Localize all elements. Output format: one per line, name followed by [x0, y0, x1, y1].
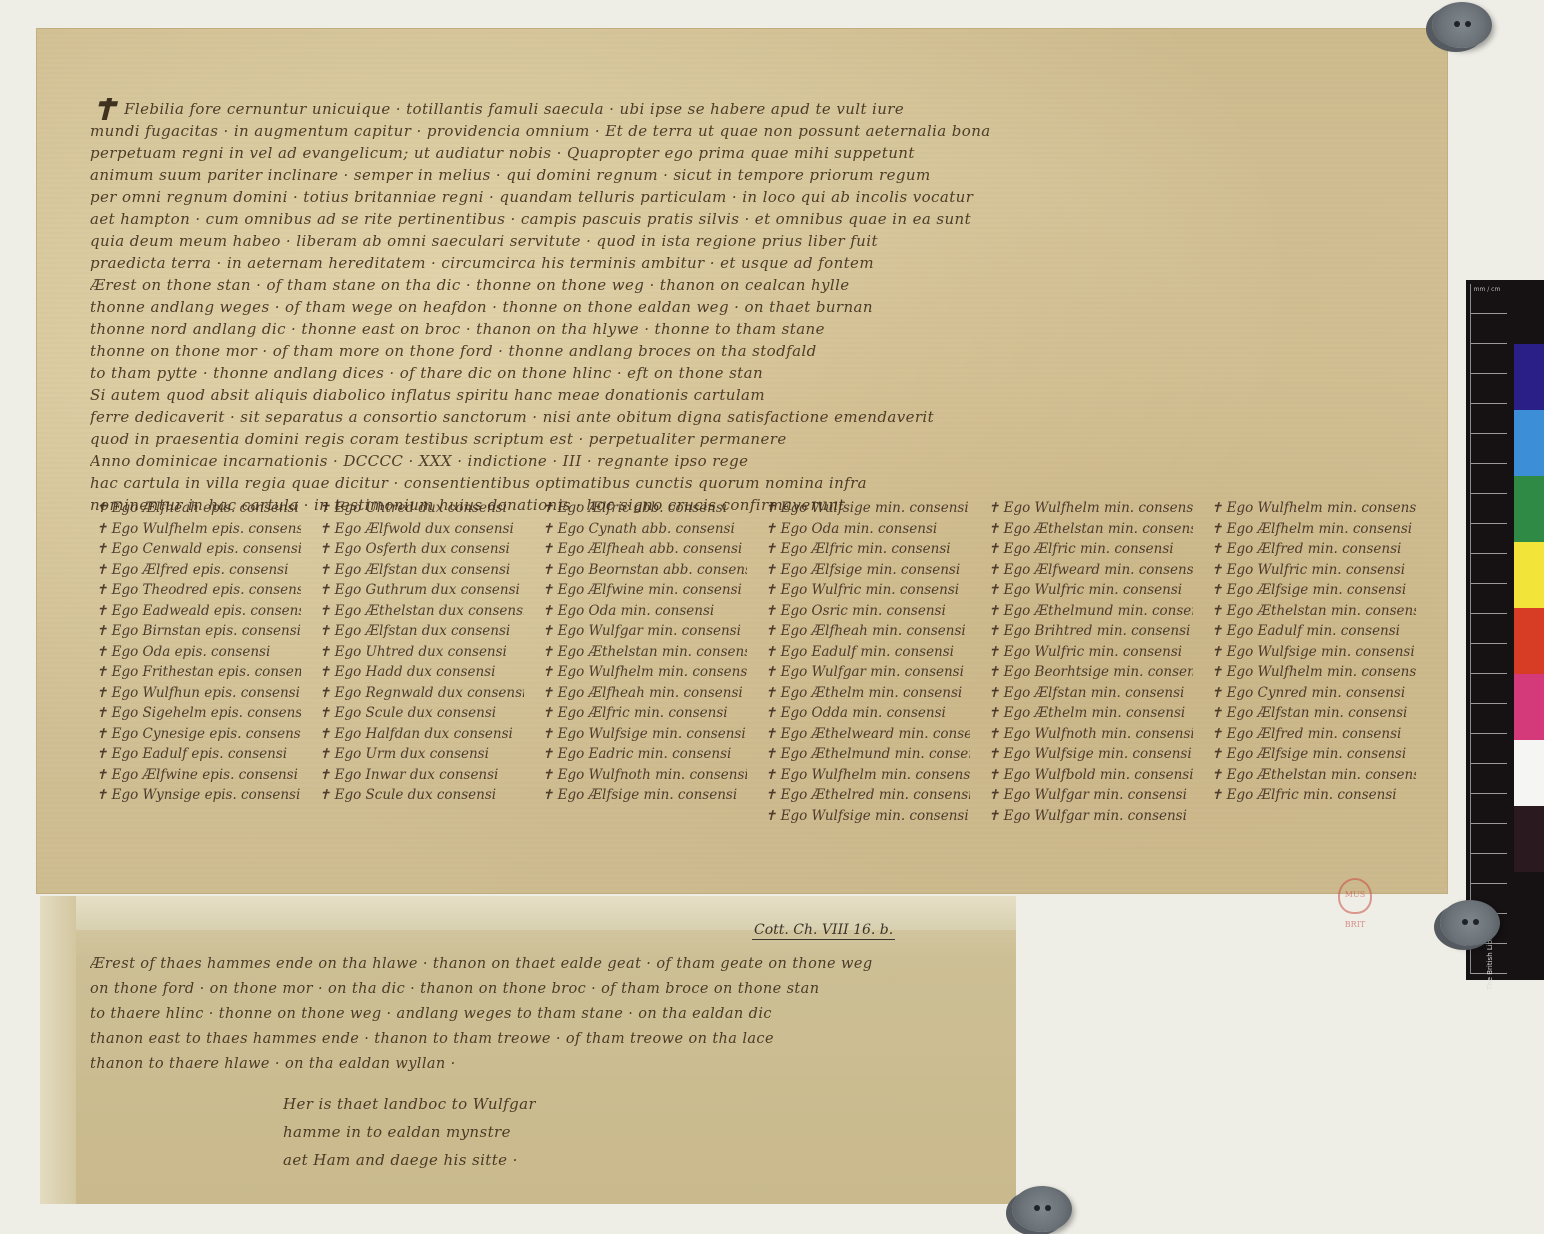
witness-entry: ✝ Ego Wulfric min. consensi	[1211, 560, 1416, 581]
text-line: praedicta terra · in aeternam hereditate…	[90, 252, 1420, 274]
witness-list: ✝ Ego Ælfheah epis. consensi✝ Ego Wulfhe…	[96, 498, 1416, 858]
witness-entry: ✝ Ego Osric min. consensi	[765, 601, 970, 622]
text-line: per omni regnum domini · totius britanni…	[90, 186, 1420, 208]
witness-entry: ✝ Ego Wulfgar min. consensi	[988, 806, 1193, 827]
witness-column-3: ✝ Ego Ælfric abb. consensi✝ Ego Cynath a…	[542, 498, 747, 858]
witness-entry: ✝ Ego Wulfsige min. consensi	[542, 724, 747, 745]
witness-entry: ✝ Ego Wulfhelm min. consensi	[988, 498, 1193, 519]
text-line: thanon east to thaes hammes ende · thano…	[90, 1027, 990, 1052]
witness-entry: ✝ Ego Æthelstan min. consensi	[1211, 601, 1416, 622]
witness-entry: ✝ Ego Ælfheah epis. consensi	[96, 498, 301, 519]
witness-entry: ✝ Ego Ælfstan min. consensi	[1211, 703, 1416, 724]
witness-entry: ✝ Ego Æthelstan min. consensi	[988, 519, 1193, 540]
witness-entry: ✝ Ego Wulfsige min. consensi	[988, 744, 1193, 765]
witness-entry: ✝ Ego Ælfweard min. consensi	[988, 560, 1193, 581]
witness-entry: ✝ Ego Ælfheah min. consensi	[765, 621, 970, 642]
witness-entry: ✝ Ego Wulfhelm min. consensi	[1211, 498, 1416, 519]
witness-entry: ✝ Ego Urm dux consensi	[319, 744, 524, 765]
witness-entry: ✝ Ego Wulfnoth min. consensi	[988, 724, 1193, 745]
witness-column-4: ✝ Ego Wulfsige min. consensi✝ Ego Oda mi…	[765, 498, 970, 858]
witness-entry: ✝ Ego Cenwald epis. consensi	[96, 539, 301, 560]
witness-entry: ✝ Ego Wulfsige min. consensi	[1211, 642, 1416, 663]
witness-entry: ✝ Ego Ælfric min. consensi	[542, 703, 747, 724]
text-line: hac cartula in villa regia quae dicitur …	[90, 472, 1420, 494]
witness-entry: ✝ Ego Ælfwine min. consensi	[542, 580, 747, 601]
witness-column-5: ✝ Ego Wulfhelm min. consensi✝ Ego Æthels…	[988, 498, 1193, 858]
swatch-blue	[1514, 344, 1544, 410]
witness-entry: ✝ Ego Cynath abb. consensi	[542, 519, 747, 540]
witness-entry: ✝ Ego Eadulf epis. consensi	[96, 744, 301, 765]
measurement-ruler	[1470, 284, 1507, 974]
decorated-cross-initial: ✝	[90, 98, 119, 120]
witness-entry: ✝ Ego Wulfsige min. consensi	[765, 498, 970, 519]
text-line: mundi fugacitas · in augmentum capitur ·…	[90, 120, 1420, 142]
ruler-label: mm / cm	[1472, 286, 1502, 293]
swatch-green	[1514, 476, 1544, 542]
witness-entry: ✝ Ego Æthelm min. consensi	[988, 703, 1193, 724]
witness-entry: ✝ Ego Ælfstan min. consensi	[988, 683, 1193, 704]
text-line: Anno dominicae incarnationis · DCCCC · X…	[90, 450, 1420, 472]
witness-entry: ✝ Ego Ælfred min. consensi	[1211, 724, 1416, 745]
witness-entry: ✝ Ego Æthelmund min. consensi	[765, 744, 970, 765]
weight-top-right-icon	[1432, 2, 1492, 48]
witness-entry: ✝ Ego Beornstan abb. consensi	[542, 560, 747, 581]
witness-entry: ✝ Ego Ælfwold dux consensi	[319, 519, 524, 540]
swatch-black	[1514, 806, 1544, 872]
text-line: aet hampton · cum omnibus ad se rite per…	[90, 208, 1420, 230]
witness-entry: ✝ Ego Wulfgar min. consensi	[765, 662, 970, 683]
witness-entry: ✝ Ego Ælfric min. consensi	[988, 539, 1193, 560]
witness-entry: ✝ Ego Ælfstan dux consensi	[319, 621, 524, 642]
witness-entry: ✝ Ego Ælfsige min. consensi	[1211, 744, 1416, 765]
witness-column-2: ✝ Ego Uhtred dux consensi✝ Ego Ælfwold d…	[319, 498, 524, 858]
witness-entry: ✝ Ego Ælfhelm min. consensi	[1211, 519, 1416, 540]
witness-entry: ✝ Ego Oda epis. consensi	[96, 642, 301, 663]
witness-entry: ✝ Ego Brihtred min. consensi	[988, 621, 1193, 642]
witness-entry: ✝ Ego Wulfhelm min. consensi	[765, 765, 970, 786]
shelfmark-label: Cott. Ch. VIII 16. b.	[752, 922, 895, 940]
witness-entry: ✝ Ego Regnwald dux consensi	[319, 683, 524, 704]
witness-entry: ✝ Ego Sigehelm epis. consensi	[96, 703, 301, 724]
text-line: thonne on thone mor · of tham more on th…	[90, 340, 1420, 362]
witness-entry: ✝ Ego Wulfgar min. consensi	[542, 621, 747, 642]
witness-entry: ✝ Ego Frithestan epis. consensi	[96, 662, 301, 683]
witness-entry: ✝ Ego Theodred epis. consensi	[96, 580, 301, 601]
witness-entry: ✝ Ego Inwar dux consensi	[319, 765, 524, 786]
witness-column-1: ✝ Ego Ælfheah epis. consensi✝ Ego Wulfhe…	[96, 498, 301, 858]
witness-entry: ✝ Ego Wulfbold min. consensi	[988, 765, 1193, 786]
text-line: ✝ Flebilia fore cernuntur unicuique · to…	[90, 98, 1420, 120]
endorsement-text: Her is thaet landboc to Wulfgar hamme in…	[283, 1090, 536, 1174]
endorsement-line: hamme in to ealdan mynstre	[283, 1118, 536, 1146]
witness-entry: ✝ Ego Scule dux consensi	[319, 703, 524, 724]
witness-entry: ✝ Ego Eadulf min. consensi	[1211, 621, 1416, 642]
witness-entry: ✝ Ego Æthelweard min. consensi	[765, 724, 970, 745]
witness-column-6: ✝ Ego Wulfhelm min. consensi✝ Ego Ælfhel…	[1211, 498, 1416, 858]
text-line: perpetuam regni in vel ad evangelicum; u…	[90, 142, 1420, 164]
boundary-clause-text: Ærest of thaes hammes ende on tha hlawe …	[90, 952, 990, 1077]
text-line: thanon to thaere hlawe · on tha ealdan w…	[90, 1052, 990, 1077]
endorsement-line: aet Ham and daege his sitte ·	[283, 1146, 536, 1174]
witness-entry: ✝ Ego Ælfsige min. consensi	[1211, 580, 1416, 601]
witness-entry: ✝ Ego Oda min. consensi	[542, 601, 747, 622]
swatch-cyan	[1514, 410, 1544, 476]
witness-entry: ✝ Ego Birnstan epis. consensi	[96, 621, 301, 642]
witness-entry: ✝ Ego Æthelred min. consensi	[765, 785, 970, 806]
witness-entry: ✝ Ego Oda min. consensi	[765, 519, 970, 540]
witness-entry: ✝ Ego Wulfgar min. consensi	[988, 785, 1193, 806]
witness-entry: ✝ Ego Wulfric min. consensi	[988, 580, 1193, 601]
witness-entry: ✝ Ego Ælfric min. consensi	[1211, 785, 1416, 806]
weight-right-middle-icon	[1440, 900, 1500, 946]
witness-entry: ✝ Ego Ælfred epis. consensi	[96, 560, 301, 581]
text-line: quia deum meum habeo · liberam ab omni s…	[90, 230, 1420, 252]
swatch-magenta	[1514, 674, 1544, 740]
witness-entry: ✝ Ego Ælfred min. consensi	[1211, 539, 1416, 560]
text-line: on thone ford · on thone mor · on tha di…	[90, 977, 990, 1002]
witness-entry: ✝ Ego Uhtred dux consensi	[319, 642, 524, 663]
witness-entry: ✝ Ego Osferth dux consensi	[319, 539, 524, 560]
swatch-white	[1514, 740, 1544, 806]
witness-entry: ✝ Ego Æthelmund min. consensi	[988, 601, 1193, 622]
text-line: thonne nord andlang dic · thonne east on…	[90, 318, 1420, 340]
text-line: quod in praesentia domini regis coram te…	[90, 428, 1420, 450]
witness-entry: ✝ Ego Wulfhelm min. consensi	[542, 662, 747, 683]
witness-entry: ✝ Ego Ælfwine epis. consensi	[96, 765, 301, 786]
witness-entry: ✝ Ego Wulfric min. consensi	[765, 580, 970, 601]
charter-main-text: ✝ Flebilia fore cernuntur unicuique · to…	[90, 98, 1420, 516]
witness-entry: ✝ Ego Wulfhelm epis. consensi	[96, 519, 301, 540]
witness-entry: ✝ Ego Wulfric min. consensi	[988, 642, 1193, 663]
witness-entry: ✝ Ego Ælfric abb. consensi	[542, 498, 747, 519]
text-line: animum suum pariter inclinare · semper i…	[90, 164, 1420, 186]
witness-entry: ✝ Ego Wulfhun epis. consensi	[96, 683, 301, 704]
witness-entry: ✝ Ego Eadulf min. consensi	[765, 642, 970, 663]
witness-entry: ✝ Ego Eadric min. consensi	[542, 744, 747, 765]
witness-entry: ✝ Ego Ælfric min. consensi	[765, 539, 970, 560]
text-line: to tham pytte · thonne andlang dices · o…	[90, 362, 1420, 384]
strip-edge	[40, 896, 76, 1204]
witness-entry: ✝ Ego Ælfheah abb. consensi	[542, 539, 747, 560]
witness-entry: ✝ Ego Halfdan dux consensi	[319, 724, 524, 745]
witness-entry: ✝ Ego Æthelstan min. consensi	[1211, 765, 1416, 786]
witness-entry: ✝ Ego Wulfhelm min. consensi	[1211, 662, 1416, 683]
witness-entry: ✝ Ego Æthelm min. consensi	[765, 683, 970, 704]
witness-entry: ✝ Ego Guthrum dux consensi	[319, 580, 524, 601]
text-line: Si autem quod absit aliquis diabolico in…	[90, 384, 1420, 406]
witness-entry: ✝ Ego Æthelstan min. consensi	[542, 642, 747, 663]
endorsement-line: Her is thaet landboc to Wulfgar	[283, 1090, 536, 1118]
witness-entry: ✝ Ego Cynesige epis. consensi	[96, 724, 301, 745]
witness-entry: ✝ Ego Ælfsige min. consensi	[765, 560, 970, 581]
witness-entry: ✝ Ego Scule dux consensi	[319, 785, 524, 806]
witness-entry: ✝ Ego Eadweald epis. consensi	[96, 601, 301, 622]
text-line: thonne andlang weges · of tham wege on h…	[90, 296, 1420, 318]
witness-entry: ✝ Ego Wynsige epis. consensi	[96, 785, 301, 806]
witness-entry: ✝ Ego Uhtred dux consensi	[319, 498, 524, 519]
text-line: to thaere hlinc · thonne on thone weg · …	[90, 1002, 990, 1027]
witness-entry: ✝ Ego Wulfsige min. consensi	[765, 806, 970, 827]
charter-sheet: ✝ Flebilia fore cernuntur unicuique · to…	[36, 28, 1448, 894]
museum-stamp: MUS BRIT	[1338, 878, 1372, 914]
text-line: ferre dedicaverit · sit separatus a cons…	[90, 406, 1420, 428]
witness-entry: ✝ Ego Odda min. consensi	[765, 703, 970, 724]
witness-entry: ✝ Ego Ælfheah min. consensi	[542, 683, 747, 704]
witness-entry: ✝ Ego Hadd dux consensi	[319, 662, 524, 683]
witness-entry: ✝ Ego Beorhtsige min. consensi	[988, 662, 1193, 683]
witness-entry: ✝ Ego Ælfsige min. consensi	[542, 785, 747, 806]
text-line: Ærest on thone stan · of tham stane on t…	[90, 274, 1420, 296]
witness-entry: ✝ Ego Ælfstan dux consensi	[319, 560, 524, 581]
witness-entry: ✝ Ego Cynred min. consensi	[1211, 683, 1416, 704]
swatch-red	[1514, 608, 1544, 674]
weight-bottom-icon	[1012, 1186, 1072, 1232]
witness-entry: ✝ Ego Æthelstan dux consensi	[319, 601, 524, 622]
witness-entry: ✝ Ego Wulfnoth min. consensi	[542, 765, 747, 786]
swatch-yellow	[1514, 542, 1544, 608]
text-line: Ærest of thaes hammes ende on tha hlawe …	[90, 952, 990, 977]
